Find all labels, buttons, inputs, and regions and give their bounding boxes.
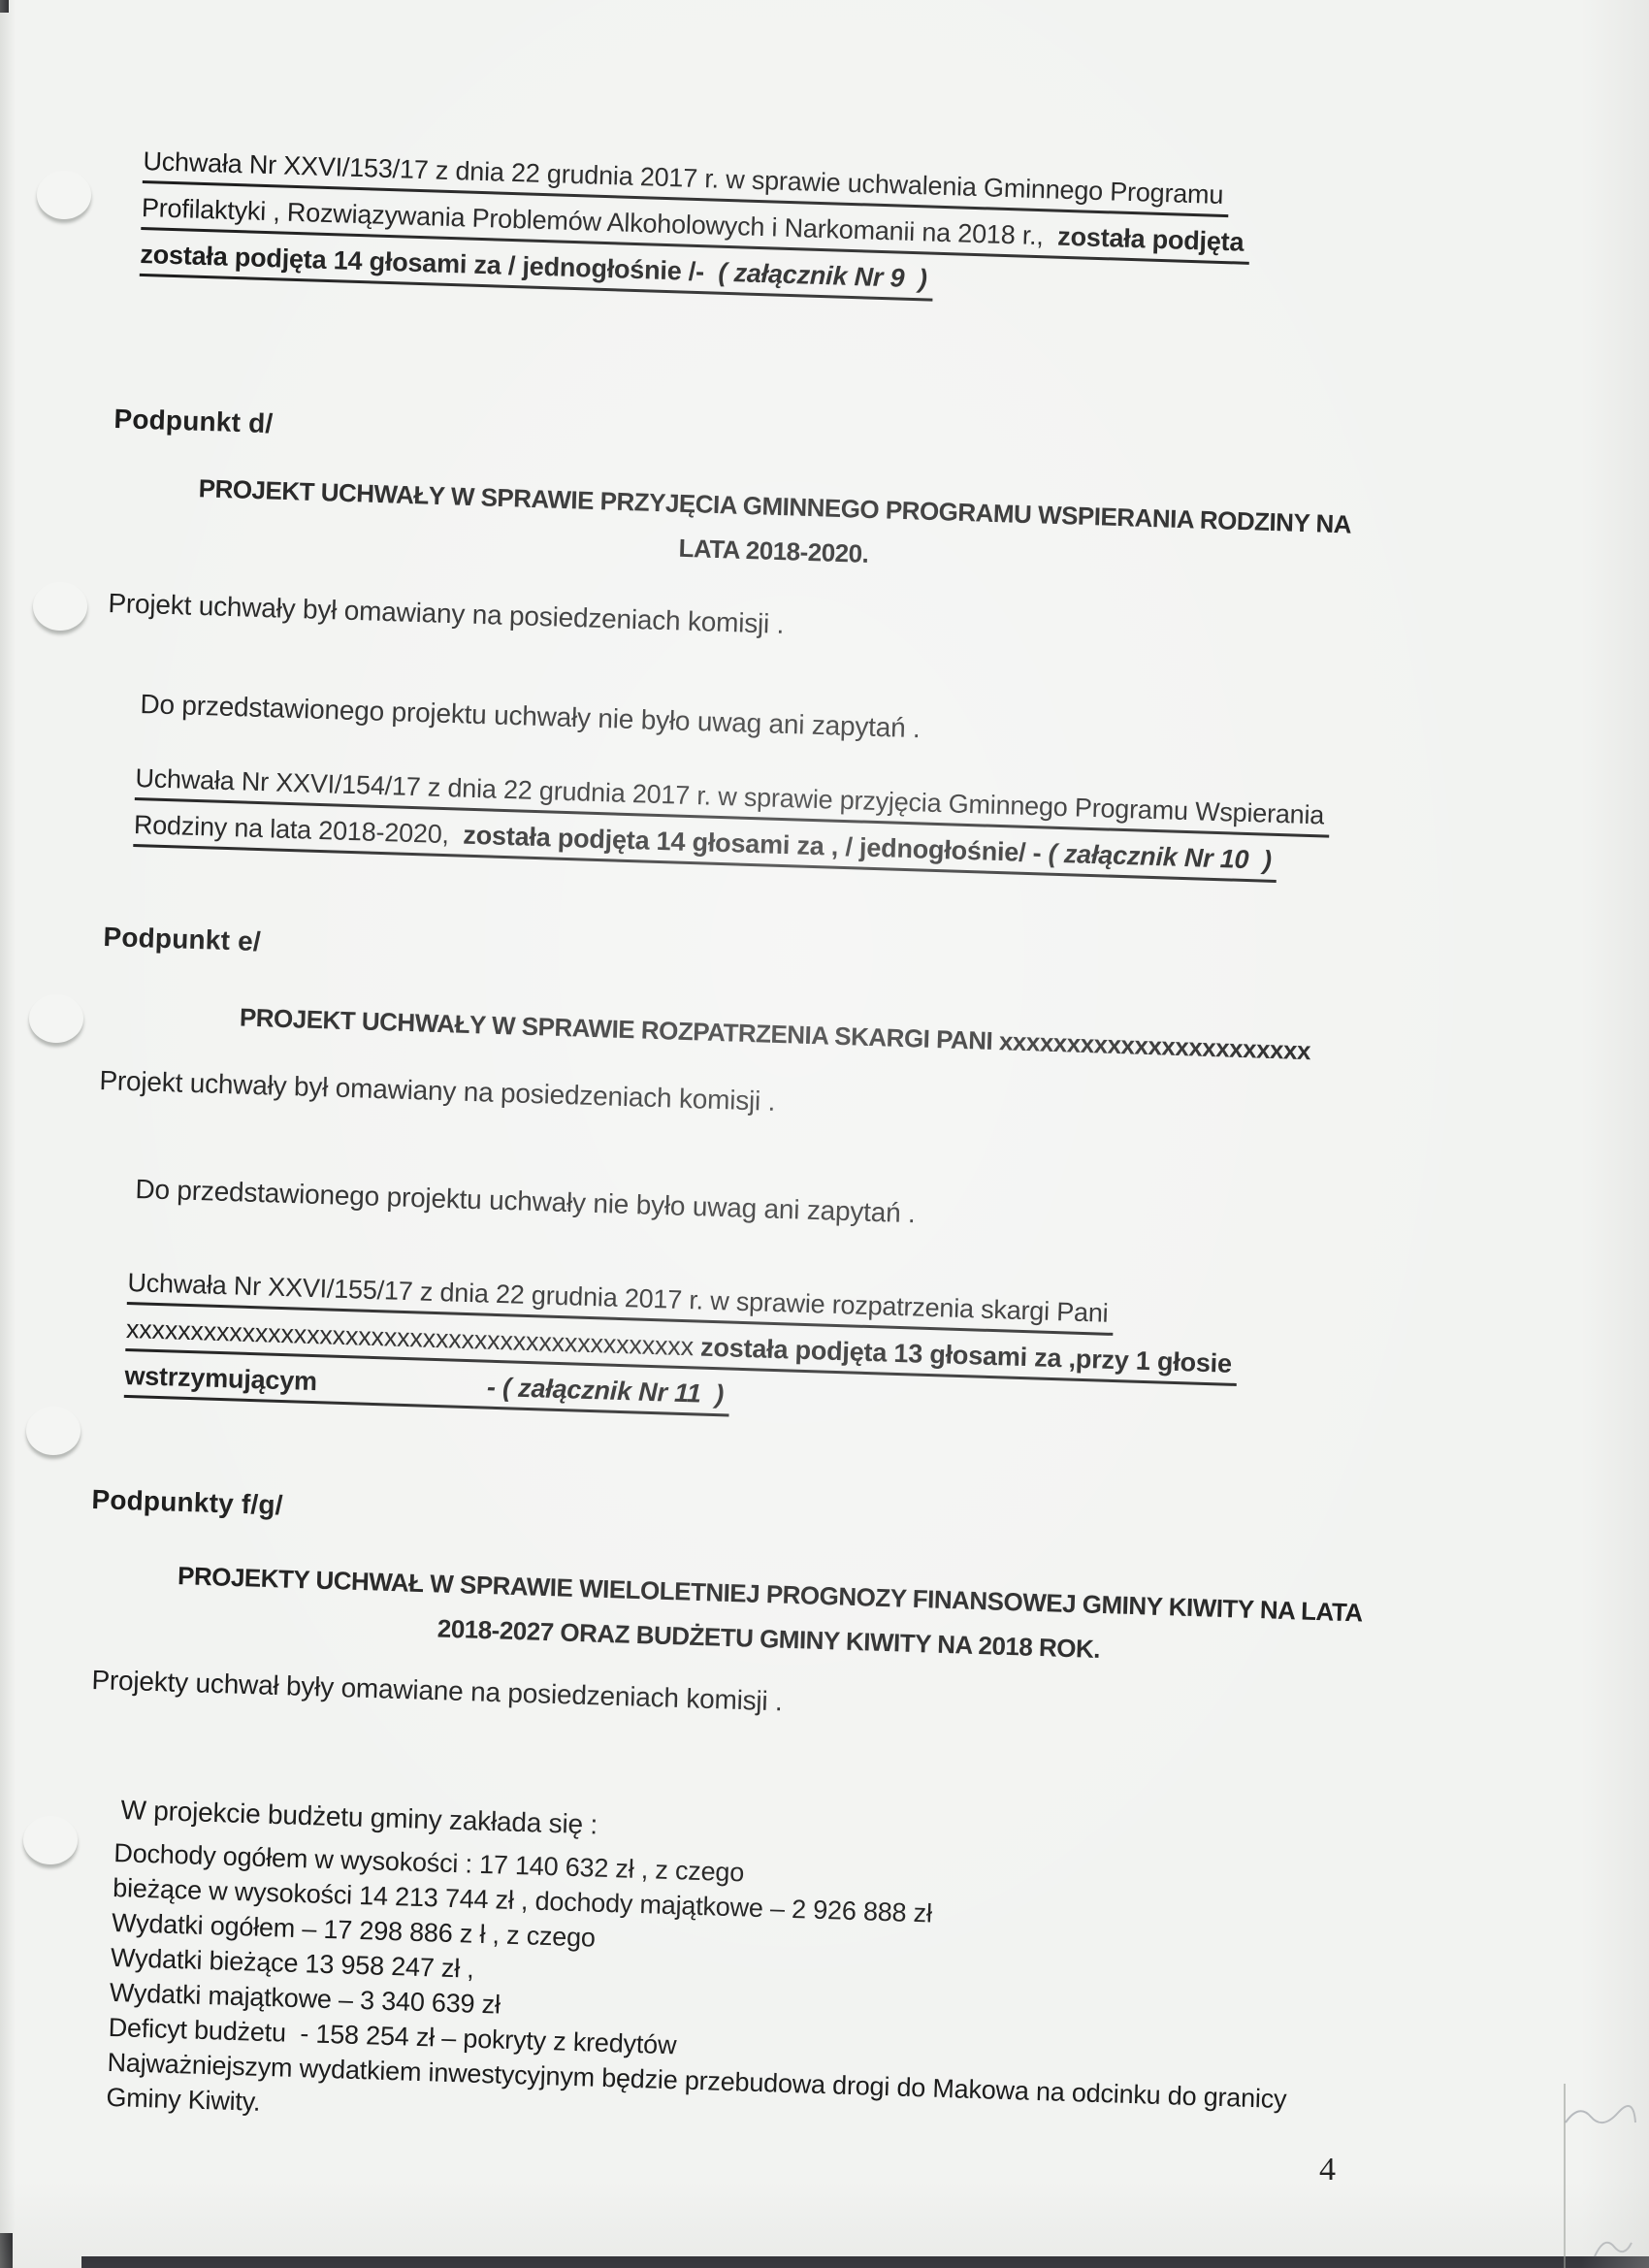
text-segment <box>316 1367 487 1401</box>
section-fg-note-discussed: Projekty uchwał były omawiane na posiedz… <box>91 1665 783 1717</box>
section-e-note-discussed: Projekt uchwały był omawiany na posiedze… <box>99 1065 776 1118</box>
subpoint-fg-label: Podpunkty f/g/ <box>91 1484 283 1521</box>
text-segment: - ( załącznik Nr 11 ) <box>487 1373 725 1409</box>
page-number: 4 <box>1319 2152 1336 2188</box>
text-segment: Rodziny na lata 2018-2020, <box>134 810 464 850</box>
section-d-note-discussed: Projekt uchwały był omawiany na posiedze… <box>108 588 785 640</box>
hole-punch-mark <box>29 994 83 1043</box>
hole-punch-mark <box>26 1407 81 1455</box>
section-d-heading: PROJEKT UCHWAŁY W SPRAWIE PRZYJĘCIA GMIN… <box>128 464 1420 594</box>
scanner-edge-strip <box>81 2256 1649 2268</box>
scanner-corner-tick <box>0 0 9 13</box>
pencil-squiggle-mark <box>1562 2093 1639 2152</box>
hole-punch-mark <box>37 171 91 219</box>
budget-figures-list: Dochody ogółem w wysokości : 17 140 632 … <box>106 1835 1294 2152</box>
uchwala-154-paragraph: Uchwała Nr XXVI/154/17 z dnia 22 grudnia… <box>133 762 1331 893</box>
section-d-note-no-remarks: Do przedstawionego projektu uchwały nie … <box>140 689 921 744</box>
hole-punch-mark <box>23 1816 78 1864</box>
section-fg-heading: PROJEKTY UCHWAŁ W SPRAWIE WIELOLETNIEJ P… <box>80 1550 1459 1683</box>
scanned-document-page: Uchwała Nr XXVI/153/17 z dnia 22 grudnia… <box>0 0 1649 2268</box>
section-e-heading: PROJEKT UCHWAŁY W SPRAWIE ROZPATRZENIA S… <box>130 991 1421 1077</box>
uchwala-155-paragraph: Uchwała Nr XXVI/155/17 z dnia 22 grudnia… <box>123 1267 1239 1442</box>
text-segment: została podjęta 14 głosami za / jednogło… <box>140 240 719 287</box>
text-segment: ( załącznik Nr 9 ) <box>718 258 927 294</box>
text-segment: została podjęta 13 głosami za ,przy 1 gł… <box>700 1333 1233 1378</box>
text-segment: została podjęta <box>1057 222 1245 257</box>
uchwala-153-paragraph: Uchwała Nr XXVI/153/17 z dnia 22 grudnia… <box>139 146 1251 320</box>
pencil-squiggle-mark <box>1589 2229 1637 2268</box>
section-e-note-no-remarks: Do przedstawionego projektu uchwały nie … <box>135 1174 916 1229</box>
budget-intro-line: W projekcie budżetu gminy zakłada się : <box>120 1795 598 1840</box>
section-e-heading-line1: PROJEKT UCHWAŁY W SPRAWIE ROZPATRZENIA S… <box>130 991 1421 1077</box>
text-segment: została podjęta 14 głosami za , / jednog… <box>463 821 1049 868</box>
underlined-line: wstrzymującym - ( załącznik Nr 11 ) <box>124 1360 730 1417</box>
text-segment: wstrzymującym <box>124 1361 317 1396</box>
text-segment: xxxxxxxxxxxxxxxxxxxxxxxxxxxxxxxxxxxxxxxx… <box>126 1314 701 1362</box>
subpoint-d-label: Podpunkt d/ <box>113 404 274 439</box>
hole-punch-mark <box>33 582 87 631</box>
subpoint-e-label: Podpunkt e/ <box>103 922 261 957</box>
scanner-edge-corner <box>0 2233 13 2268</box>
text-segment: ( załącznik Nr 10 ) <box>1048 839 1272 875</box>
